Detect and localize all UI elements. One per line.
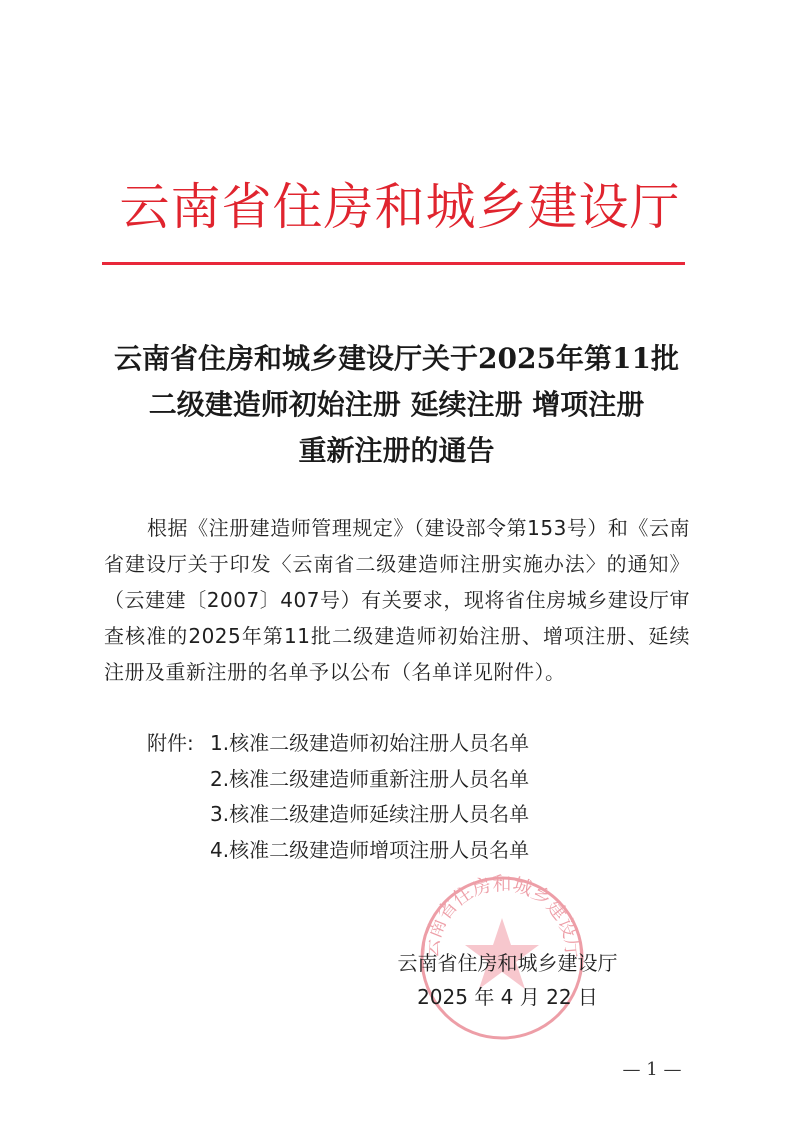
attachment-item-2: 2.核准二级建造师重新注册人员名单 bbox=[210, 762, 607, 798]
body-paragraph: 根据《注册建造师管理规定》（建设部令第153号）和《云南省建设厅关于印发〈云南省… bbox=[104, 510, 690, 690]
signature-date: 2025 年 4 月 22 日 bbox=[380, 980, 635, 1014]
signature-org: 云南省住房和城乡建设厅 bbox=[380, 946, 635, 980]
letterhead-title: 云南省住房和城乡建设厅 bbox=[100, 172, 700, 242]
attachment-row: 附件: 1.核准二级建造师初始注册人员名单 bbox=[147, 726, 607, 762]
attachments-label: 附件: bbox=[147, 726, 210, 762]
attachment-row: 2.核准二级建造师重新注册人员名单 bbox=[147, 762, 607, 798]
attachment-item-3: 3.核准二级建造师延续注册人员名单 bbox=[210, 797, 607, 833]
attachments-list: 附件: 1.核准二级建造师初始注册人员名单 2.核准二级建造师重新注册人员名单 … bbox=[147, 726, 607, 868]
notice-title-line-3: 重新注册的通告 bbox=[80, 428, 713, 474]
attachment-row: 4.核准二级建造师增项注册人员名单 bbox=[147, 833, 607, 869]
attachment-item-4: 4.核准二级建造师增项注册人员名单 bbox=[210, 833, 607, 869]
page-number: — 1 — bbox=[612, 1058, 692, 1082]
notice-title-line-1: 云南省住房和城乡建设厅关于2025年第11批 bbox=[80, 336, 713, 382]
attachment-item-1: 1.核准二级建造师初始注册人员名单 bbox=[210, 726, 607, 762]
attachment-row: 3.核准二级建造师延续注册人员名单 bbox=[147, 797, 607, 833]
signature-block: 云南省住房和城乡建设厅 2025 年 4 月 22 日 bbox=[380, 946, 635, 1014]
document-page: 云南省住房和城乡建设厅 云南省住房和城乡建设厅关于2025年第11批 二级建造师… bbox=[0, 0, 793, 1122]
notice-title-line-2: 二级建造师初始注册 延续注册 增项注册 bbox=[80, 382, 713, 428]
notice-title: 云南省住房和城乡建设厅关于2025年第11批 二级建造师初始注册 延续注册 增项… bbox=[80, 336, 713, 474]
letterhead-red-rule bbox=[102, 262, 685, 265]
